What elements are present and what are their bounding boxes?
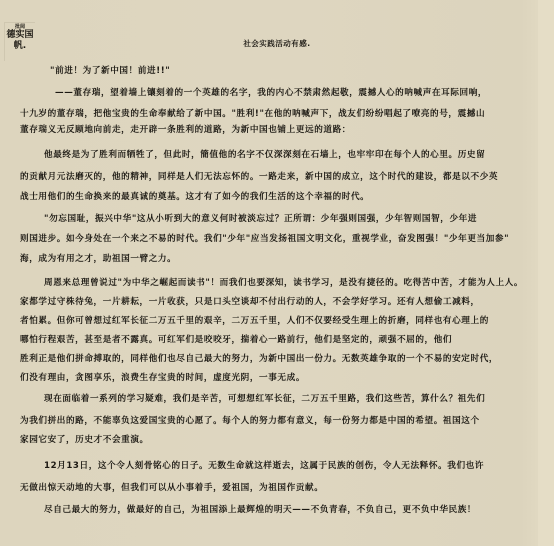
text-line: 周恩来总理曾说过"为中华之崛起而读书"！而我们也要深知，读书学习，是没有捷径的。…: [44, 277, 530, 289]
text-line: 尽自己最大的努力，做最好的自己，为祖国添上最辉煌的明天——不负青春，不负自己，更…: [44, 504, 530, 516]
text-line: 胜利正是他们拼命搏取的，同样他们也尽自己最大的努力，为新中国出一份力。无数英雄争…: [20, 353, 530, 365]
text-line: 无做出惊天动地的大事，但我们可以从小事着手，爱祖国，为祖国作贡献。: [20, 482, 530, 494]
text-line: "前进！为了新中国！前进!!": [50, 65, 530, 77]
text-line: 家都学过守株待兔，一片耕耘，一片收获，只是口头空谈却不付出行动的人，不会学好学习…: [20, 296, 530, 308]
text-line: 海，成为有用之才，助祖国一臂之力。: [20, 253, 530, 265]
essay-title: 社会实践活动有感.: [0, 38, 554, 49]
text-line: 十九岁的董存瑞，把他宝贵的生命奉献给了新中国。"胜利!"在他的呐喊声下，战友们纷…: [20, 108, 530, 120]
text-line: "勿忘国耻，振兴中华"这从小听到大的意义何时被淡忘过？正所谓：少年强则国强，少年…: [44, 213, 530, 225]
text-line: 现在面临着一系列的学习疑难，我们是辛苦，可想想红军长征，二万五千里路，我们这些苦…: [44, 393, 530, 405]
text-line: ——董存瑞，望着墙上镶刻着的一个英雄的名字，我的内心不禁肃然起敬，震撼人心的呐喊…: [55, 87, 530, 99]
text-line: 他最终是为了胜利而牺牲了，但此时，簡值他的名字不仅深深刻在石墙上，也牢牢印在每个…: [44, 149, 530, 161]
text-line: 则国进步。如今身处在一个来之不易的时代。我们"少年"应当发扬祖国文明文化，重视学…: [20, 233, 530, 245]
text-line: 们没有理由，贪图享乐，浪费生存宝贵的时间，虚度光阴，一事无成。: [20, 372, 530, 384]
text-line: 哪怕行程艰苦，甚至是者不露真。可红军们是咬咬牙，揣着心一路前行，他们是坚定的，顽…: [20, 334, 530, 346]
text-line: 董存瑞义无反顾地向前走，走开辟一条胜利的道路，为新中国也铺上更远的道路：: [20, 124, 530, 136]
text-line: 为我们拼出的路，不能辜负这爱国宝贵的心愿了。每个人的努力都有意义，每一份努力都是…: [20, 415, 530, 427]
text-line: 12月13日，这个令人刻骨铭心的日子。无数生命就这样逝去，这属于民族的创伤，令人…: [44, 460, 530, 472]
text-line: 战士用他们的生命换来的最真诚的奠基。这才有了如今的我们生活的这个幸福的时代。: [20, 191, 530, 203]
scanned-page: 批阅 德实国 帆. 社会实践活动有感. "前进！为了新中国！前进!!" ——董存…: [0, 0, 554, 546]
text-line: 家园它安了，历史才不会重演。: [20, 434, 530, 446]
text-line: 的贡献月元法磨灭的，他的精神，同样是人们无法忘怀的。一路走来，新中国的成立，这个…: [20, 171, 530, 183]
text-line: 者怕累。但你可曾想过红军长征二万五千里的艰辛，二万五千里，人们不仅要经受生理上的…: [20, 315, 530, 327]
page-edge: [538, 0, 554, 546]
